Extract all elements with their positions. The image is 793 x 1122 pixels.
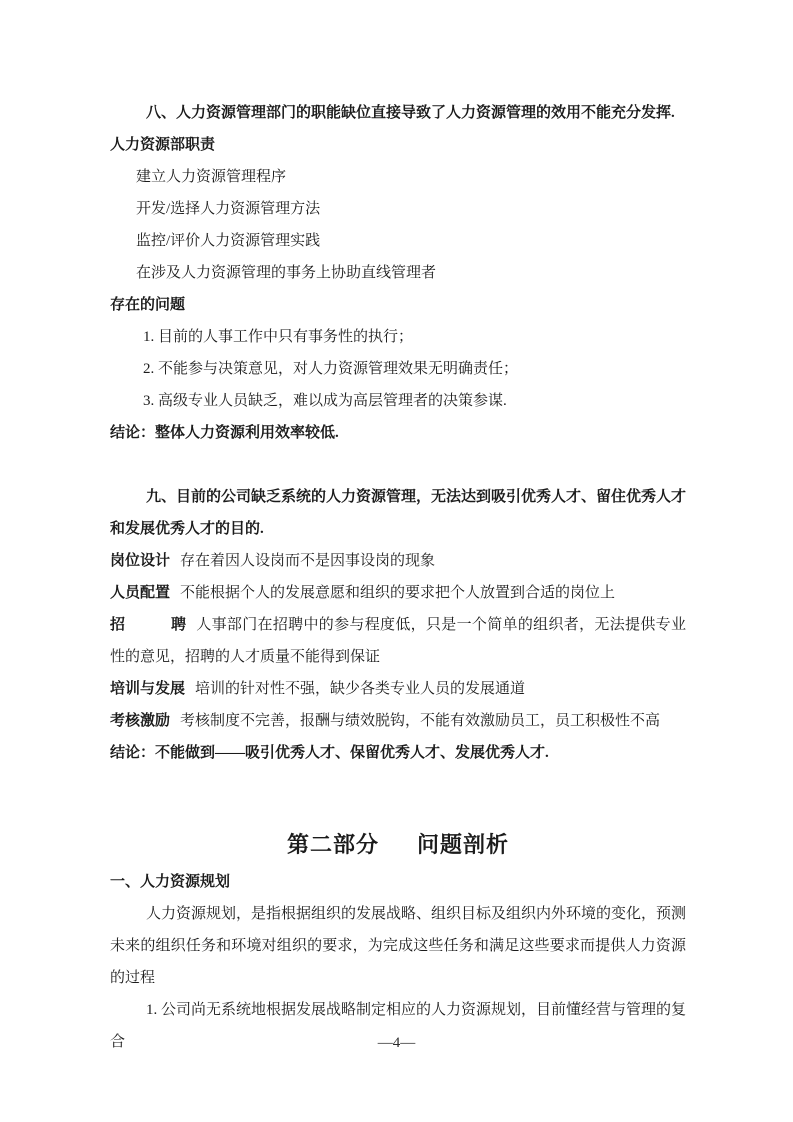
problem-item: 3. 高级专业人员缺乏，难以成为高层管理者的决策参谋. <box>110 385 686 417</box>
term-row: 岗位设计存在着因人设岗而不是因事设岗的现象 <box>110 545 686 577</box>
term-label: 人员配置 <box>110 585 170 601</box>
section-9-heading: 九、目前的公司缺乏系统的人力资源管理，无法达到吸引优秀人才、留住优秀人才和发展优… <box>110 481 686 545</box>
term-text: 人事部门在招聘中的参与程度低，只是一个简单的组织者，无法提供专业性的意见，招聘的… <box>110 617 686 665</box>
section-9-conclusion: 结论：不能做到——吸引优秀人才、保留优秀人才、发展优秀人才. <box>110 737 686 769</box>
term-row: 培训与发展培训的针对性不强，缺少各类专业人员的发展通道 <box>110 673 686 705</box>
problem-item: 2. 不能参与决策意见，对人力资源管理效果无明确责任； <box>110 353 686 385</box>
section-1-heading: 一、人力资源规划 <box>110 866 686 898</box>
duty-item: 在涉及人力资源管理的事务上协助直线管理者 <box>110 257 686 289</box>
page-number: —4— <box>378 1035 416 1051</box>
page-footer: —4— <box>0 1033 793 1053</box>
term-row: 招聘人事部门在招聘中的参与程度低，只是一个简单的组织者，无法提供专业性的意见，招… <box>110 609 686 673</box>
duty-item: 开发/选择人力资源管理方法 <box>110 193 686 225</box>
term-text: 考核制度不完善，报酬与绩效脱钩，不能有效激励员工，员工积极性不高 <box>180 713 660 729</box>
hr-duties-title: 人力资源部职责 <box>110 129 686 161</box>
term-label: 培训与发展 <box>110 681 185 697</box>
term-label: 考核激励 <box>110 713 170 729</box>
part-2-label: 第二部分 <box>287 833 379 858</box>
problem-item: 1. 目前的人事工作中只有事务性的执行； <box>110 321 686 353</box>
hr-planning-intro: 人力资源规划，是指根据组织的发展战略、组织目标及组织内外环境的变化，预测未来的组… <box>110 898 686 994</box>
term-text: 不能根据个人的发展意愿和组织的要求把个人放置到合适的岗位上 <box>180 585 615 601</box>
blank-line <box>110 449 686 481</box>
term-text: 存在着因人设岗而不是因事设岗的现象 <box>180 553 435 569</box>
term-row: 人员配置不能根据个人的发展意愿和组织的要求把个人放置到合适的岗位上 <box>110 577 686 609</box>
duty-item: 监控/评价人力资源管理实践 <box>110 225 686 257</box>
term-label: 岗位设计 <box>110 553 170 569</box>
problems-title: 存在的问题 <box>110 289 686 321</box>
document-page: 八、人力资源管理部门的职能缺位直接导致了人力资源管理的效用不能充分发挥. 人力资… <box>0 0 793 1122</box>
document-content: 八、人力资源管理部门的职能缺位直接导致了人力资源管理的效用不能充分发挥. 人力资… <box>0 0 793 1058</box>
part-2-title: 问题剖析 <box>417 833 509 858</box>
duty-item: 建立人力资源管理程序 <box>110 161 686 193</box>
term-text: 培训的针对性不强，缺少各类专业人员的发展通道 <box>195 681 525 697</box>
term-label: 招聘 <box>110 609 186 641</box>
term-row: 考核激励考核制度不完善，报酬与绩效脱钩，不能有效激励员工，员工积极性不高 <box>110 705 686 737</box>
part-2-heading: 第二部分问题剖析 <box>110 826 686 866</box>
section-8-heading: 八、人力资源管理部门的职能缺位直接导致了人力资源管理的效用不能充分发挥. <box>110 97 686 129</box>
section-8-conclusion: 结论：整体人力资源利用效率较低. <box>110 417 686 449</box>
